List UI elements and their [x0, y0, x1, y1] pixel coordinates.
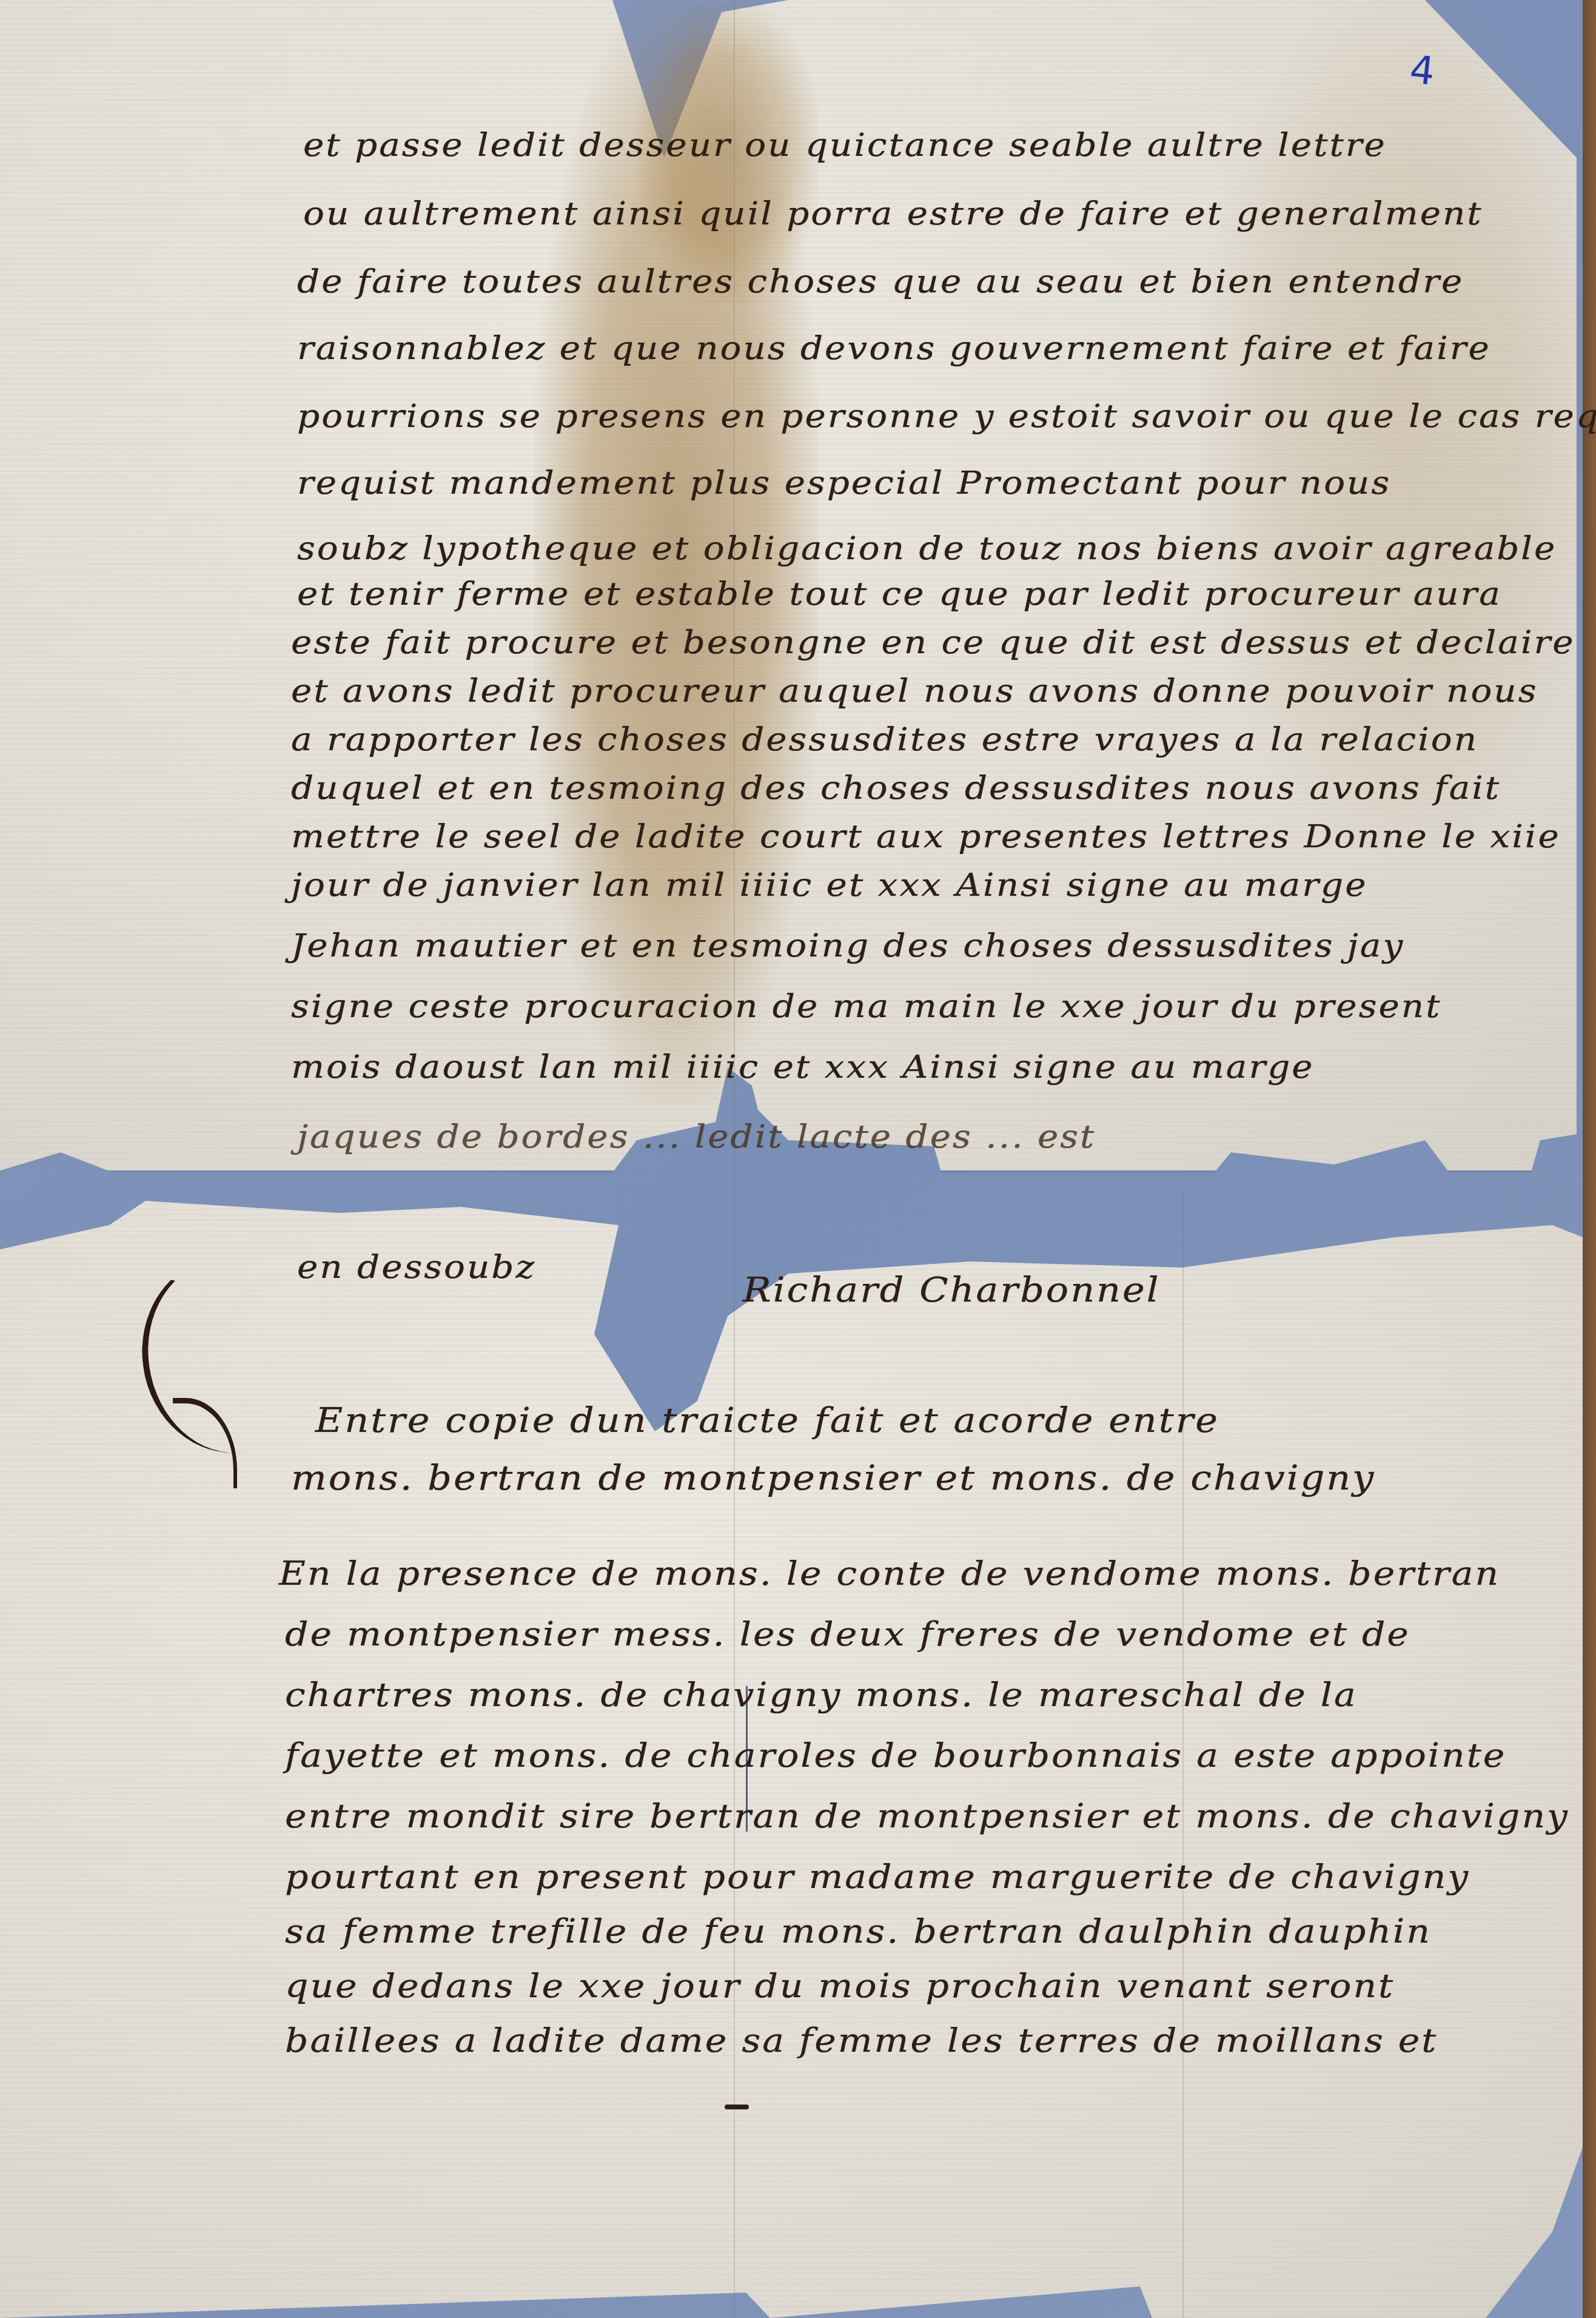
text-line: Entre copie dun traicte fait et acorde e… [315, 1400, 1219, 1440]
text-line: raisonnablez et que nous devons gouverne… [297, 329, 1491, 366]
text-line: a rapporter les choses dessusdites estre… [291, 721, 1478, 758]
notary-signature: Richard Charbonnel [743, 1270, 1161, 1310]
board-frame-edge [1583, 0, 1596, 2318]
text-line: baillees a ladite dame sa femme les terr… [285, 2022, 1438, 2060]
text-line: pourrions se presens en personne y estoi… [297, 397, 1596, 434]
text-line: et avons ledit procureur auquel nous avo… [291, 672, 1538, 709]
text-line: et passe ledit desseur ou quictance seab… [303, 126, 1387, 163]
text-line: fayette et mons. de charoles de bourbonn… [285, 1737, 1506, 1775]
text-line: en dessoubz [297, 1248, 536, 1285]
text-line: de faire toutes aultres choses que au se… [297, 263, 1464, 300]
text-line: mons. bertran de montpensier et mons. de… [291, 1458, 1375, 1498]
text-line: ou aultrement ainsi quil porra estre de … [303, 195, 1483, 232]
text-line: mois daoust lan mil iiiic et xxx Ainsi s… [291, 1048, 1315, 1085]
text-line: jour de janvier lan mil iiiic et xxx Ain… [291, 866, 1367, 903]
text-line: Jehan mautier et en tesmoing des choses … [291, 927, 1404, 964]
text-line: jaques de bordes ... ledit lacte des ...… [297, 1118, 1096, 1155]
text-line: En la presence de mons. le conte de vend… [279, 1555, 1500, 1593]
text-line: pourtant en present pour madame margueri… [285, 1858, 1470, 1896]
text-line: que dedans le xxe jour du mois prochain … [285, 1967, 1395, 2006]
text-line: de montpensier mess. les deux freres de … [285, 1616, 1410, 1654]
text-line: chartres mons. de chavigny mons. le mare… [285, 1676, 1358, 1715]
text-line: mettre le seel de ladite court aux prese… [291, 818, 1561, 855]
text-line: duquel et en tesmoing des choses dessusd… [291, 769, 1501, 806]
text-line: et tenir ferme et estable tout ce que pa… [297, 575, 1502, 612]
text-line: signe ceste procuracion de ma main le xx… [291, 987, 1441, 1024]
text-line: sa femme trefille de feu mons. bertran d… [285, 1913, 1432, 1951]
text-line: este fait procure et besongne en ce que … [291, 623, 1575, 660]
text-line: requist mandement plus especial Promecta… [297, 464, 1391, 501]
folio-number: 4 [1407, 47, 1437, 95]
text-line: entre mondit sire bertran de montpensier… [285, 1798, 1569, 1836]
text-line: soubz lypotheque et obligacion de touz n… [297, 529, 1557, 566]
